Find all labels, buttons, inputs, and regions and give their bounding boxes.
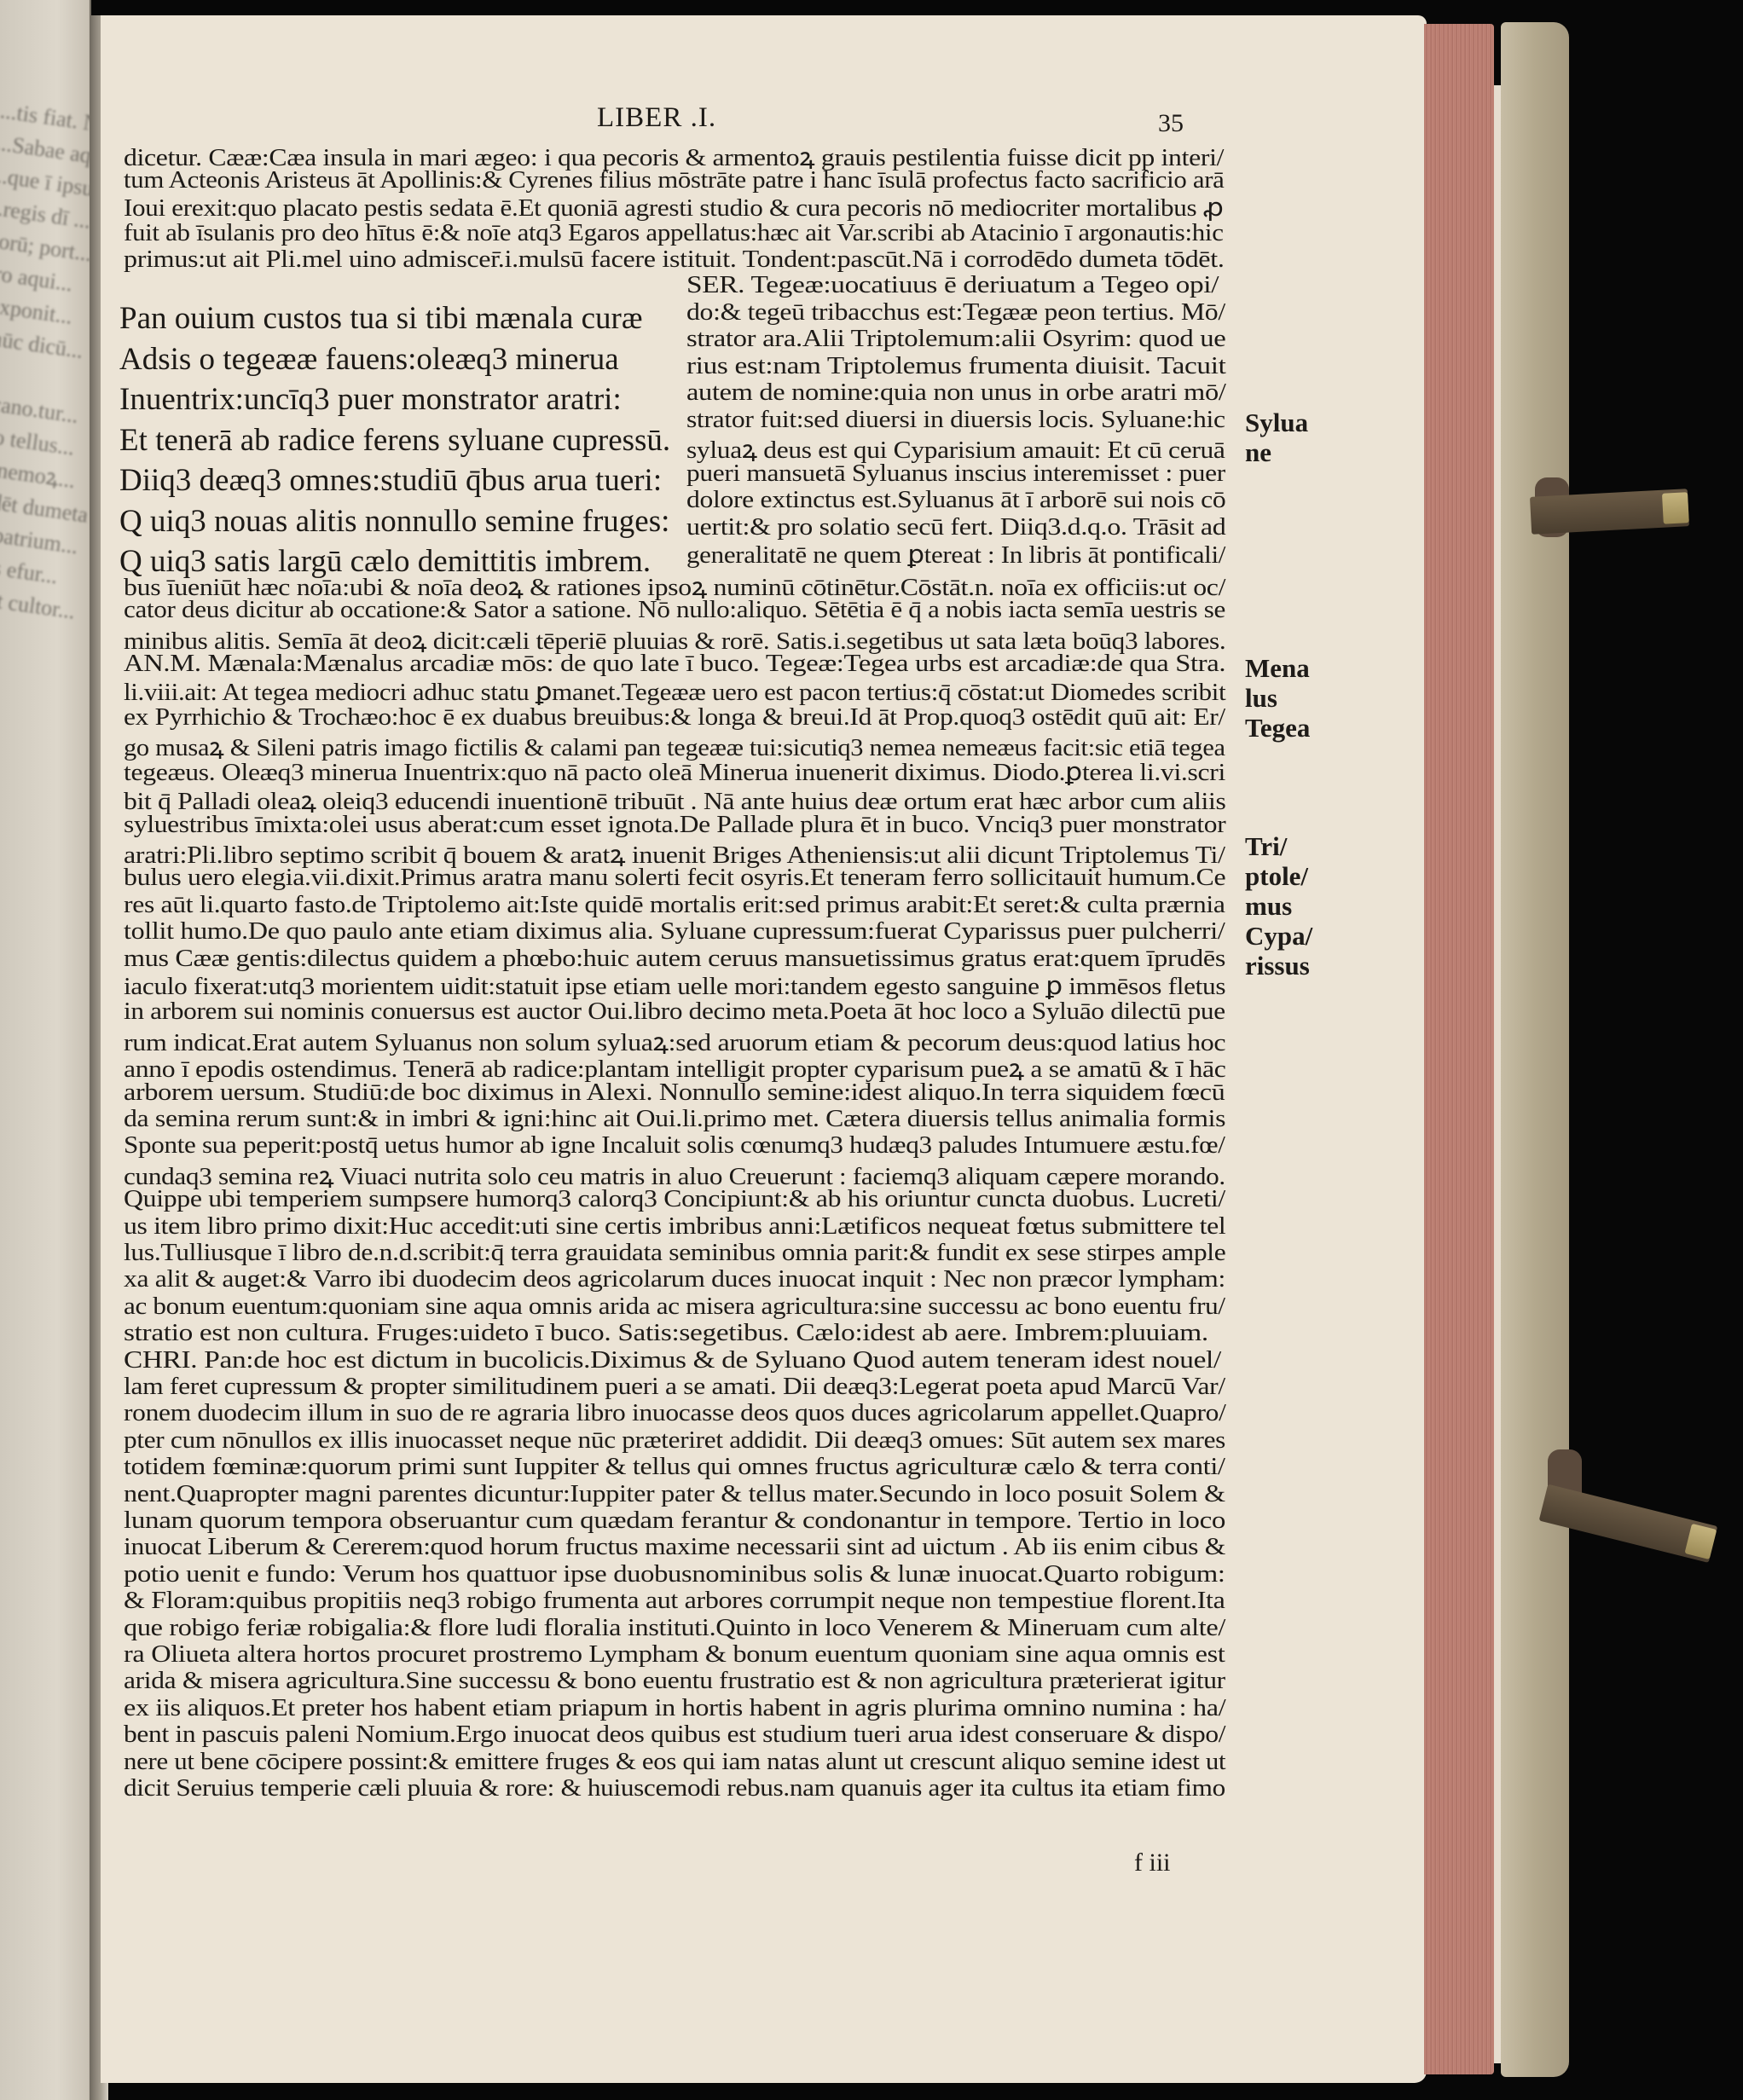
text-line: Et tenerā ab radice ferens syluane cupre…: [119, 422, 670, 459]
text-line: & Floram:quibus propitiis neq3 robigo fr…: [124, 1587, 1225, 1615]
text-line: do:& tegeū tribacchus est:Tegææ peon ter…: [686, 298, 1225, 327]
text-line: lus.Tulliusque ī libro de.n.d.scribit:q̄…: [124, 1239, 1225, 1267]
facing-page-blurred-text: ...tis fiat. Nō ue... ...Sabae aquas... …: [0, 95, 96, 628]
margin-note: Tri/ptole/musCypa/rissus: [1245, 831, 1312, 981]
margin-note-line: lus: [1245, 683, 1310, 713]
text-line: Q uiq3 nouas alitis nonnullo semine frug…: [119, 503, 669, 540]
text-line: ex Pyrrhichio & Trochæo:hoc ē ex duabus …: [124, 703, 1225, 732]
margin-note-line: Mena: [1245, 653, 1310, 683]
text-line: autem de nomine:quia non unus in orbe ar…: [686, 379, 1226, 407]
text-line: generalitatē ne quem ꝑtereat : In libris…: [686, 540, 1225, 570]
margin-note: Syluane: [1245, 408, 1308, 467]
margin-note-line: ne: [1245, 437, 1308, 467]
margin-note-line: Tri/: [1245, 831, 1312, 861]
text-line: primus:ut ait Pli.mel uino admiscer̄.i.m…: [124, 246, 1225, 274]
text-line: potio uenit e fundo: Verum hos quattuor …: [124, 1560, 1225, 1588]
text-line: ac bonum euentum:quoniam sine aqua omnis…: [124, 1293, 1225, 1321]
text-line: Diiq3 deæq3 omnes:studiū q̄bus arua tuer…: [119, 462, 662, 499]
facing-left-page: ...tis fiat. Nō ue... ...Sabae aquas... …: [0, 0, 96, 2100]
brass-clasp-upper: [1530, 489, 1689, 535]
margin-note: MenalusTegea: [1245, 653, 1310, 743]
text-line: pueri mansuetā Syluanus inscius interemi…: [686, 460, 1225, 488]
text-line: arida & misera agricultura.Sine successu…: [124, 1667, 1225, 1695]
text-line: us item libro primo dixit:Huc accedit:ut…: [124, 1212, 1225, 1241]
text-line: nere ut bene cōcipere possint:& emittere…: [124, 1748, 1225, 1776]
text-line: da semina rerum sunt:& in imbri & igni:h…: [124, 1105, 1225, 1133]
text-line: fuit ab īsulanis pro deo hītus ē:& noīe …: [124, 219, 1224, 247]
margin-note-line: ptole/: [1245, 861, 1312, 891]
text-line: strator fuit:sed diuersi in diuersis loc…: [686, 406, 1225, 434]
text-line: uertit:& pro solatio secū fert. Diiq3.d.…: [686, 513, 1225, 541]
clasp-tip-icon: [1662, 492, 1689, 524]
text-line: stratio est non cultura. Fruges:uideto ī…: [124, 1319, 1208, 1347]
margin-note-line: rissus: [1245, 951, 1312, 981]
text-line: ronem duodecim illum in suo de re agrari…: [124, 1399, 1226, 1427]
text-line: Ioui erexit:quo placato pestis sedata ē.…: [124, 193, 1224, 223]
text-line: mus Cææ gentis:dilectus quidem a phœbo:h…: [124, 945, 1225, 973]
text-line: inuocat Liberum & Cererem:quod horum fru…: [124, 1533, 1225, 1561]
background-strip: [91, 0, 1422, 15]
text-line: iaculo fixerat:utq3 morientem uidit:stat…: [124, 971, 1225, 1001]
text-line: cator deus dicitur ab occatione:& Sator …: [124, 596, 1225, 624]
text-line: Quippe ubi temperiem sumpsere humorq3 ca…: [124, 1185, 1225, 1213]
text-line: xa alit & auget:& Varro ibi duodecim deo…: [124, 1265, 1225, 1293]
margin-note-line: Tegea: [1245, 713, 1310, 743]
text-line: Inuentrix:uncīq3 puer monstrator aratri:: [119, 381, 622, 418]
text-line: nent.Quapropter magni parentes dicuntur:…: [124, 1480, 1225, 1508]
text-line: que robigo feriæ robigalia:& flore ludi …: [124, 1614, 1225, 1642]
text-line: CHRI. Pan:de hoc est dictum in bucolicis…: [124, 1346, 1221, 1374]
text-line: dicit Seruius temperie cæli pluuia & ror…: [124, 1774, 1225, 1802]
text-line: bulus uero elegia.vii.dixit.Primus aratr…: [124, 864, 1225, 892]
text-line: AN.M. Mænala:Mænalus arcadiæ mōs: de quo…: [124, 650, 1225, 678]
text-line: li.viii.ait: At tegea mediocri adhuc sta…: [124, 677, 1225, 707]
margin-note-line: mus: [1245, 891, 1312, 921]
text-line: ex iis aliquos.Et preter hos habent etia…: [124, 1694, 1225, 1722]
text-line: Adsis o tegeææ fauens:oleæq3 minerua: [119, 341, 619, 378]
text-line: Sponte sua peperit:postq̄ uetus humor ab…: [124, 1131, 1225, 1160]
folio-number: 35: [1158, 109, 1184, 138]
text-line: res aūt li.quarto fasto.de Triptolemo ai…: [124, 891, 1225, 919]
vellum-cover: [1501, 22, 1569, 2077]
text-line: syluestribus īmixta:olei usus aberat:cum…: [124, 811, 1225, 839]
page-edges-red: [1424, 24, 1494, 2074]
text-line: SER. Tegeæ:uocatiuus ē deriuatum a Tegeo…: [686, 271, 1219, 299]
text-line: in arborem sui nominis conuersus est auc…: [124, 998, 1225, 1026]
text-line: totidem fœminæ:quorum primi sunt Iuppite…: [124, 1453, 1225, 1481]
text-line: dolore extinctus est.Syluanus āt ī arbor…: [686, 486, 1225, 514]
text-line: tegeæus. Oleæq3 minerua Inuentrix:quo nā…: [124, 757, 1225, 787]
text-line: arborem uersum. Studiū:de boc diximus in…: [124, 1079, 1225, 1107]
running-head: LIBER .I.: [597, 102, 716, 134]
text-line: bent in pascuis paleni Nomium.Ergo inuoc…: [124, 1721, 1225, 1749]
margin-note-line: Cypa/: [1245, 921, 1312, 951]
signature-mark: f iii: [1134, 1848, 1171, 1877]
text-line: lam feret cupressum & propter similitudi…: [124, 1373, 1225, 1401]
text-line: lunam quorum tempora obseruantur cum quæ…: [124, 1507, 1225, 1535]
clasp-tip-icon: [1684, 1524, 1717, 1559]
text-line: Pan ouium custos tua si tibi mænala curæ: [119, 300, 643, 337]
text-line: strator ara.Alii Triptolemum:alii Osyrim…: [686, 325, 1225, 353]
text-line: rius est:nam Triptolemus frumenta diuisi…: [686, 352, 1226, 380]
margin-note-line: Sylua: [1245, 408, 1308, 437]
text-line: tum Acteonis Aristeus āt Apollinis:& Cyr…: [124, 166, 1225, 194]
text-line: pter cum nōnullos ex illis inuocasset ne…: [124, 1426, 1225, 1455]
text-line: ra Oliueta altera hortos procuret prostr…: [124, 1640, 1225, 1669]
text-line: tollit humo.De quo paulo ante etiam dixi…: [124, 917, 1225, 946]
